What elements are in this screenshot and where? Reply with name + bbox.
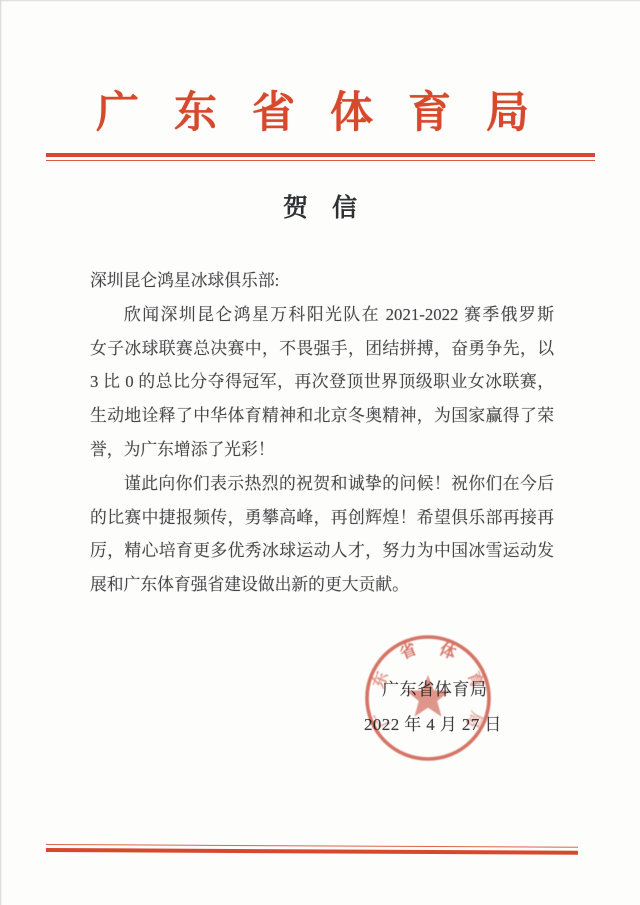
- body-line: 誉，为广东增添了光彩！: [90, 433, 554, 467]
- scanned-letter-page: 广东省体育局 贺信 深圳昆仑鸿星冰球俱乐部: 欣闻深圳昆仑鸿星万科阳光队在 20…: [0, 0, 640, 905]
- letterhead-rule-thick: [46, 153, 595, 157]
- body-line: 的比赛中捷报频传，勇攀高峰，再创辉煌！希望俱乐部再接再: [90, 501, 554, 535]
- body-line: 生动地诠释了中华体育精神和北京冬奥精神，为国家赢得了荣: [90, 399, 554, 433]
- salutation-line: 深圳昆仑鸿星冰球俱乐部:: [90, 264, 554, 298]
- body-line: 谨此向你们表示热烈的祝贺和诚挚的问候！祝你们在今后: [90, 467, 554, 501]
- scan-edge-left: [0, 0, 2, 905]
- body-line: 展和广东体育强省建设做出新的更大贡献。: [90, 568, 554, 602]
- letter-body: 深圳昆仑鸿星冰球俱乐部: 欣闻深圳昆仑鸿星万科阳光队在 2021-2022 赛季…: [90, 264, 554, 602]
- star-icon: [406, 675, 450, 717]
- official-seal: 广 东 省 体 育 局: [353, 623, 503, 773]
- footer-rules: [46, 844, 578, 847]
- footer-rule-thick: [46, 848, 578, 855]
- scan-edge-top: [0, 0, 640, 2]
- body-line: 厉，精心培育更多优秀冰球运动人才，努力为中国冰雪运动发: [90, 534, 554, 568]
- letterhead-rule-thin: [46, 160, 595, 161]
- letter-title: 贺信: [12, 193, 640, 225]
- body-line: 欣闻深圳昆仑鸿星万科阳光队在 2021-2022 赛季俄罗斯: [90, 298, 554, 332]
- body-line: 女子冰球联赛总决赛中，不畏强手，团结拼搏，奋勇争先，以: [90, 332, 554, 366]
- body-line: 3 比 0 的总比分夺得冠军，再次登顶世界顶级职业女冰联赛，: [90, 365, 554, 399]
- letterhead-org-name: 广东省体育局: [10, 90, 640, 137]
